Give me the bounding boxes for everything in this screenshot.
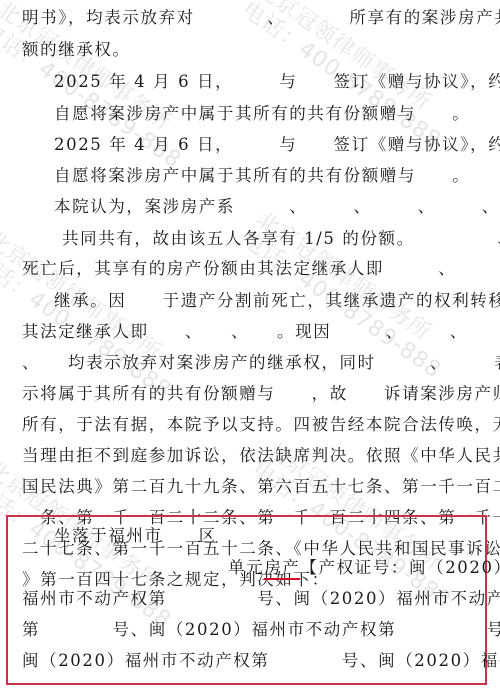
paragraph-line: 示将属于其所有的共有份额赠与 ，故 诉请案涉房产归其: [22, 384, 482, 404]
paragraph-line: 、 均表示放弃对案涉房产的继承权，同时 、 表: [22, 353, 482, 373]
underlined-property: 房产: [264, 558, 300, 580]
paragraph-line: 当理由拒不到庭参加诉讼，依法缺席判决。依照《中华人民共和: [22, 446, 482, 466]
paragraph-line: 所有，于法有据，本院予以支持。四被告经本院合法传唤，无正: [22, 415, 482, 435]
paragraph-line: 其法定继承人即 、 、 。现因 、 、: [22, 322, 482, 342]
paragraph-line: 额的继承权。: [22, 40, 482, 60]
paragraph-line: 国民法典》第二百九十九条、第六百五十七条、第一千一百二十: [22, 477, 482, 497]
watermark: 北京冠领律师事务所电话：400-8789-888: [0, 227, 190, 404]
ruling-line: 单元房产【产权证号：闽（2020）: [228, 558, 500, 578]
ruling-line: 第 号、闽（2020）福州市不动产权第 号、: [22, 620, 482, 640]
paragraph-line: 2025 年 4 月 6 日， 与 签订《赠与协议》，约定: [54, 135, 500, 155]
ruling-line: 福州市不动产权第 号、闽（2020）福州市不动产权: [22, 589, 482, 609]
paragraph-line: 共同共有，故由该五人各享有 1/5 的份额。 、: [62, 229, 500, 249]
paragraph-line: 本院认为，案涉房产系 、 、 、 、: [54, 197, 500, 217]
paragraph-line: 自愿将案涉房产中属于其所有的共有份额赠与 。: [54, 166, 500, 186]
paragraph-line: 明书》，均表示放弃对 、 所享有的案涉房产共有份: [22, 8, 482, 28]
paragraph-line: 2025 年 4 月 6 日， 与 签订《赠与协议》，约定: [54, 72, 500, 92]
paragraph-line: 自愿将案涉房产中属于其所有的共有份额赠与 。: [54, 104, 500, 124]
paragraph-line: 继承。因 于遗产分割前死亡，其继承遗产的权利转移给: [54, 291, 500, 311]
paragraph-line: 死亡后，其享有的房产份额由其法定继承人即 、 、: [22, 259, 482, 279]
ruling-line: 闽（2020）福州市不动产权第 号、闽（2020）福州市: [22, 651, 482, 671]
ruling-line: 坐落于福州市 区: [54, 526, 500, 546]
